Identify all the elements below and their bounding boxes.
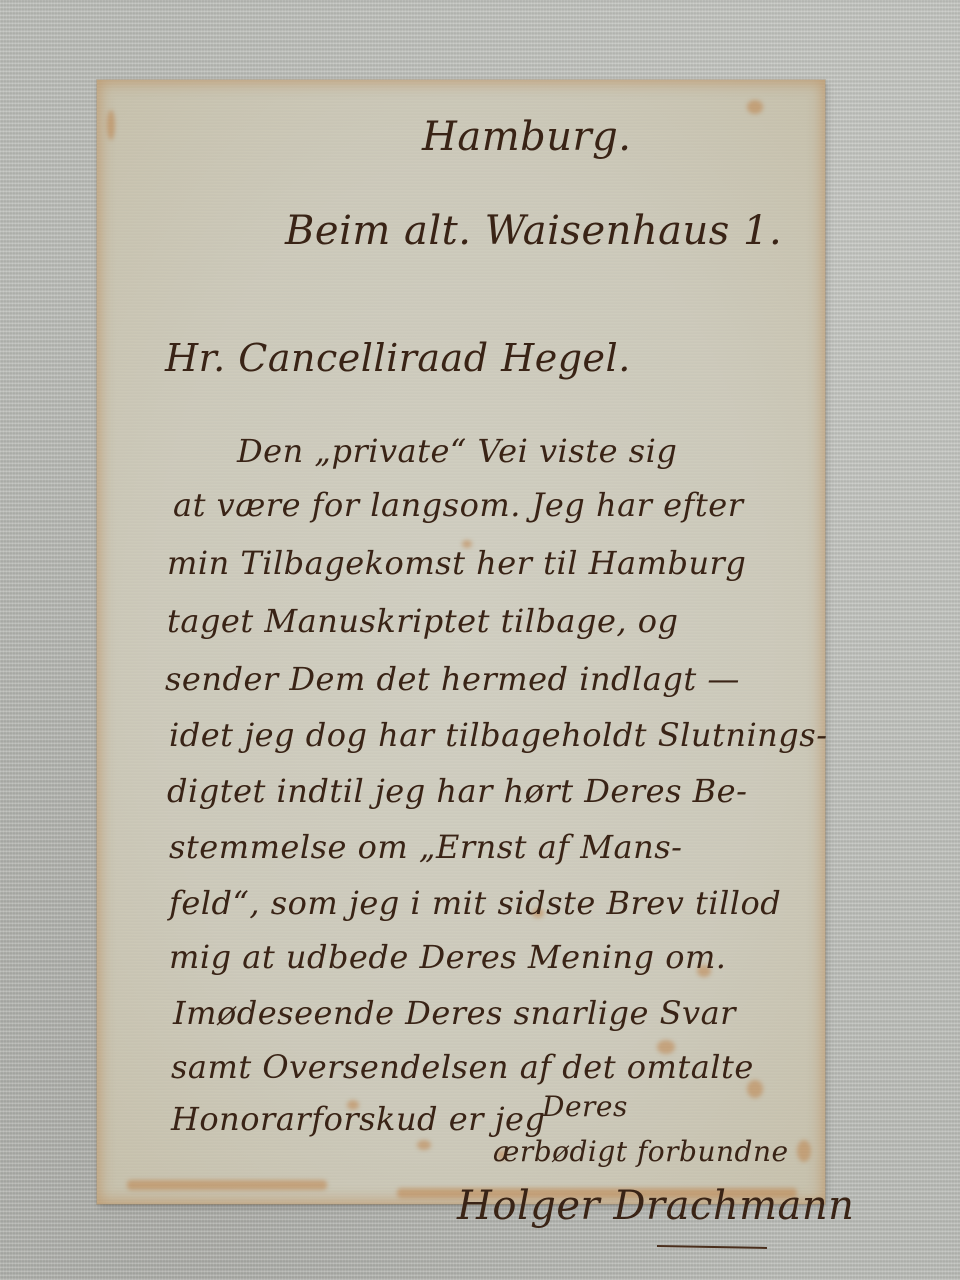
foxing-stain <box>127 1180 327 1190</box>
body-line: Imødeseende Deres snarlige Svar <box>173 994 736 1032</box>
closing-deres: Deres <box>542 1090 628 1123</box>
foxing-stain <box>107 110 115 140</box>
body-line: Den „private“ Vei viste sig <box>237 432 677 470</box>
body-line: min Tilbagekomst her til Hamburg <box>167 544 746 582</box>
body-line: stemmelse om „Ernst af Mans- <box>169 828 682 866</box>
letter-address: Beim alt. Waisenhaus 1. <box>285 208 782 254</box>
signature: Holger Drachmann <box>457 1183 854 1229</box>
signature-underline <box>657 1245 767 1249</box>
foxing-stain <box>417 1140 431 1150</box>
closing-forbundne: ærbødigt forbundne <box>493 1135 789 1168</box>
foxing-stain <box>747 100 763 114</box>
foxing-stain <box>797 1140 811 1162</box>
body-line: taget Manuskriptet tilbage, og <box>167 602 679 640</box>
letter-salutation: Hr. Cancelliraad Hegel. <box>165 336 631 380</box>
body-line: digtet indtil jeg har hørt Deres Be- <box>167 772 747 810</box>
letter-place: Hamburg. <box>422 114 631 160</box>
body-line: sender Dem det hermed indlagt — <box>165 660 740 698</box>
body-line: Honorarforskud er jeg <box>171 1100 545 1138</box>
body-line: feld“, som jeg i mit sidste Brev tillod <box>169 884 781 922</box>
letter-sheet: Hamburg. Beim alt. Waisenhaus 1. Hr. Can… <box>97 80 825 1204</box>
body-line: idet jeg dog har tilbageholdt Slutnings- <box>169 716 828 754</box>
body-line: at være for langsom. Jeg har efter <box>173 486 743 524</box>
body-line: mig at udbede Deres Mening om. <box>169 938 726 976</box>
body-line: samt Oversendelsen af det omtalte <box>171 1048 754 1086</box>
